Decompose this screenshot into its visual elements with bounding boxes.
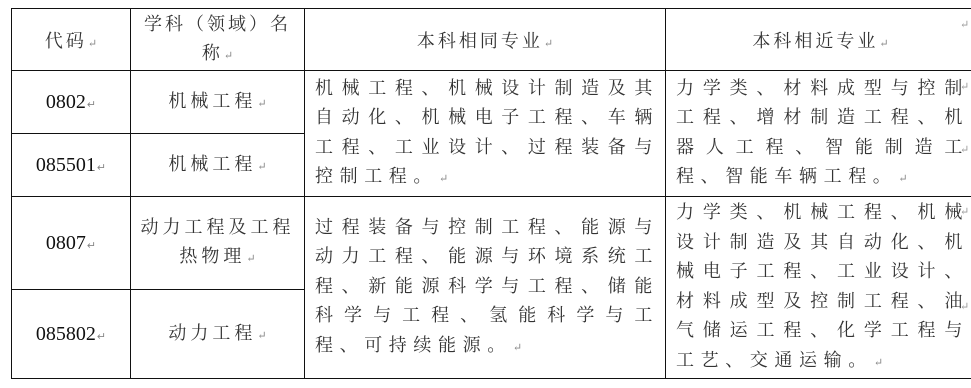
related-majors-cell: 力学类、材料成型与控制工程、增材制造工程、机器人工程、智能制造工程、智能车辆工程… — [666, 71, 971, 197]
header-code: 代码↵ — [12, 9, 131, 71]
row-end-mark-icon: ↵ — [960, 143, 969, 156]
discipline-name-cell: 机械工程↵ — [131, 134, 305, 197]
header-same-majors: 本科相同专业↵ — [305, 9, 666, 71]
code-cell: 0802↵ — [12, 71, 131, 134]
same-majors-cell: 机械工程、机械设计制造及其自动化、机械电子工程、车辆工程、工业设计、过程装备与控… — [305, 71, 666, 197]
paragraph-mark-icon: ↵ — [879, 37, 888, 50]
table-row: 0802↵ 机械工程↵ 机械工程、机械设计制造及其自动化、机械电子工程、车辆工程… — [12, 71, 971, 134]
paragraph-mark-icon: ↵ — [88, 37, 97, 50]
paragraph-mark-icon: ↵ — [898, 172, 907, 185]
header-discipline-name: 学科（领域）名称↵ — [131, 9, 305, 71]
discipline-name-cell: 机械工程↵ — [131, 71, 305, 134]
table-row: 0807↵ 动力工程及工程热物理↵ 过程装备与控制工程、能源与动力工程、能源与环… — [12, 197, 971, 290]
related-majors-cell: 力学类、机械工程、机械设计制造及其自动化、机械电子工程、工业设计、材料成型及控制… — [666, 197, 971, 379]
header-related-majors: 本科相近专业↵ — [666, 9, 971, 71]
discipline-name-cell: 动力工程及工程热物理↵ — [131, 197, 305, 290]
code-cell: 0807↵ — [12, 197, 131, 290]
discipline-name-cell: 动力工程↵ — [131, 290, 305, 379]
paragraph-mark-icon: ↵ — [544, 37, 553, 50]
row-end-mark-icon: ↵ — [960, 80, 969, 93]
row-end-mark-icon: ↵ — [960, 205, 969, 218]
paragraph-mark-icon: ↵ — [874, 356, 883, 369]
header-row: 代码↵ 学科（领域）名称↵ 本科相同专业↵ 本科相近专业↵ — [12, 9, 971, 71]
paragraph-mark-icon: ↵ — [97, 331, 106, 343]
major-correspondence-table: 代码↵ 学科（领域）名称↵ 本科相同专业↵ 本科相近专业↵ 0802↵ 机械工程… — [11, 8, 971, 379]
paragraph-mark-icon: ↵ — [257, 97, 266, 110]
same-majors-cell: 过程装备与控制工程、能源与动力工程、能源与环境系统工程、新能源科学与工程、储能科… — [305, 197, 666, 379]
row-end-mark-icon: ↵ — [960, 300, 969, 313]
paragraph-mark-icon: ↵ — [257, 329, 266, 342]
paragraph-mark-icon: ↵ — [97, 162, 106, 174]
paragraph-mark-icon: ↵ — [87, 99, 96, 111]
paragraph-mark-icon: ↵ — [246, 252, 255, 265]
code-cell: 085501↵ — [12, 134, 131, 197]
paragraph-mark-icon: ↵ — [257, 160, 266, 173]
paragraph-mark-icon: ↵ — [224, 49, 233, 62]
code-cell: 085802↵ — [12, 290, 131, 379]
row-end-mark-icon: ↵ — [960, 18, 969, 31]
paragraph-mark-icon: ↵ — [87, 240, 96, 252]
paragraph-mark-icon: ↵ — [513, 341, 522, 354]
paragraph-mark-icon: ↵ — [439, 172, 448, 185]
